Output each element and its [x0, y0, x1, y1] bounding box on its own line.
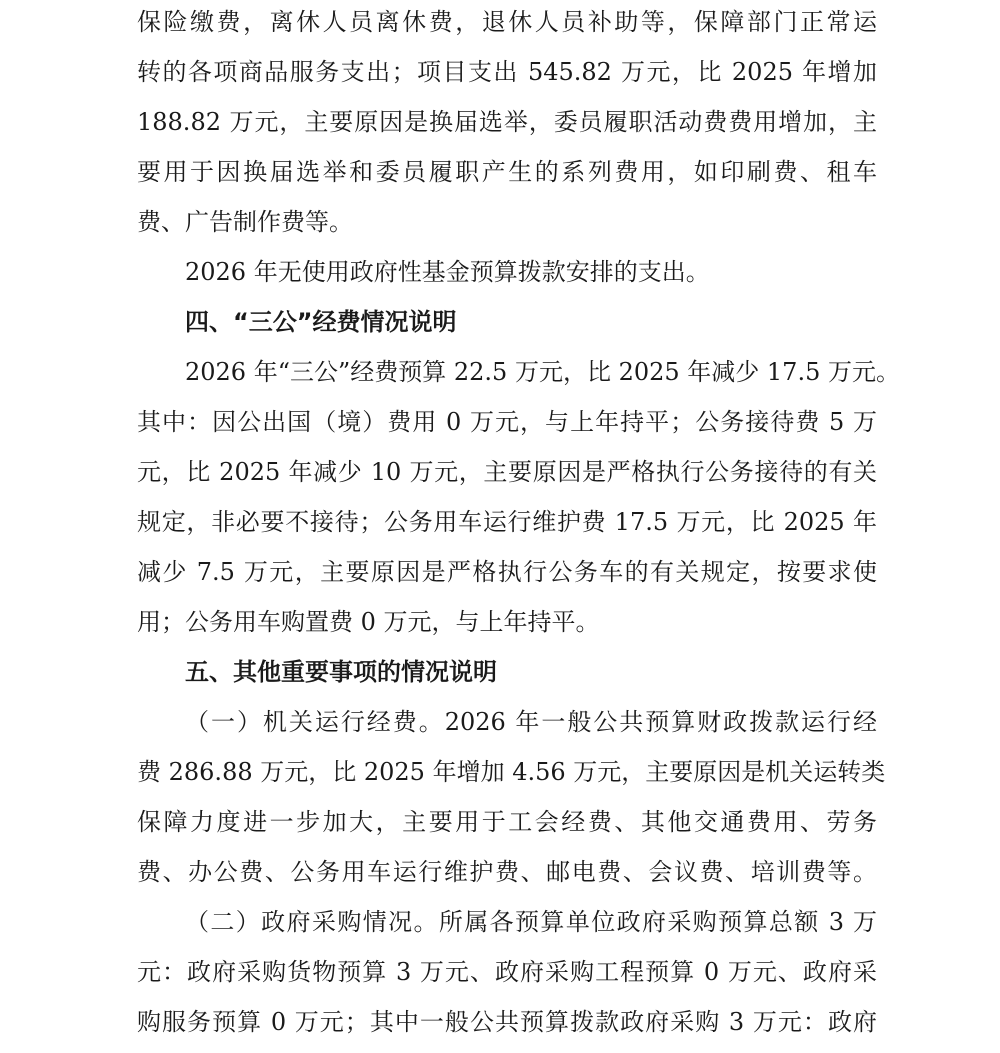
text-line: 2026 年“三公”经费预算 22.5 万元，比 2025 年减少 17.5 万…	[137, 347, 877, 397]
section-heading: 五、其他重要事项的情况说明	[137, 647, 877, 697]
text-line: 要用于因换届选举和委员履职产生的系列费用，如印刷费、租车	[137, 147, 877, 197]
section-heading-other-matters: 五、其他重要事项的情况说明	[137, 647, 877, 697]
text-line: 保险缴费，离休人员离休费，退休人员补助等，保障部门正常运	[137, 0, 877, 47]
document-page: 保险缴费，离休人员离休费，退休人员补助等，保障部门正常运 转的各项商品服务支出；…	[137, 0, 877, 1047]
section-heading: 四、“三公”经费情况说明	[137, 297, 877, 347]
text-line: 用；公务用车购置费 0 万元，与上年持平。	[137, 597, 877, 647]
text-line: 减少 7.5 万元，主要原因是严格执行公务车的有关规定，按要求使	[137, 547, 877, 597]
text-line: （二）政府采购情况。所属各预算单位政府采购预算总额 3 万	[137, 897, 877, 947]
text-line: 费、广告制作费等。	[137, 197, 877, 247]
text-line: 规定，非必要不接待；公务用车运行维护费 17.5 万元，比 2025 年	[137, 497, 877, 547]
paragraph-government-procurement: （二）政府采购情况。所属各预算单位政府采购预算总额 3 万 元：政府采购货物预算…	[137, 897, 877, 1047]
text-line: 保障力度进一步加大，主要用于工会经费、其他交通费用、劳务	[137, 797, 877, 847]
section-heading-three-public: 四、“三公”经费情况说明	[137, 297, 877, 347]
paragraph-operating-expenses: （一）机关运行经费。2026 年一般公共预算财政拨款运行经 费 286.88 万…	[137, 697, 877, 897]
text-line: （一）机关运行经费。2026 年一般公共预算财政拨款运行经	[137, 697, 877, 747]
paragraph-three-public-expenses: 2026 年“三公”经费预算 22.5 万元，比 2025 年减少 17.5 万…	[137, 347, 877, 647]
text-line: 其中：因公出国（境）费用 0 万元，与上年持平；公务接待费 5 万	[137, 397, 877, 447]
paragraph-expenditure-continuation: 保险缴费，离休人员离休费，退休人员补助等，保障部门正常运 转的各项商品服务支出；…	[137, 0, 877, 247]
text-line: 购服务预算 0 万元；其中一般公共预算拨款政府采购 3 万元：政府	[137, 997, 877, 1047]
text-line: 费、办公费、公务用车运行维护费、邮电费、会议费、培训费等。	[137, 847, 877, 897]
text-line: 元：政府采购货物预算 3 万元、政府采购工程预算 0 万元、政府采	[137, 947, 877, 997]
text-line: 费 286.88 万元，比 2025 年增加 4.56 万元，主要原因是机关运转…	[137, 747, 877, 797]
text-line: 2026 年无使用政府性基金预算拨款安排的支出。	[137, 247, 877, 297]
paragraph-government-fund: 2026 年无使用政府性基金预算拨款安排的支出。	[137, 247, 877, 297]
text-line: 元，比 2025 年减少 10 万元，主要原因是严格执行公务接待的有关	[137, 447, 877, 497]
text-line: 转的各项商品服务支出；项目支出 545.82 万元，比 2025 年增加	[137, 47, 877, 97]
text-line: 188.82 万元，主要原因是换届选举，委员履职活动费费用增加，主	[137, 97, 877, 147]
